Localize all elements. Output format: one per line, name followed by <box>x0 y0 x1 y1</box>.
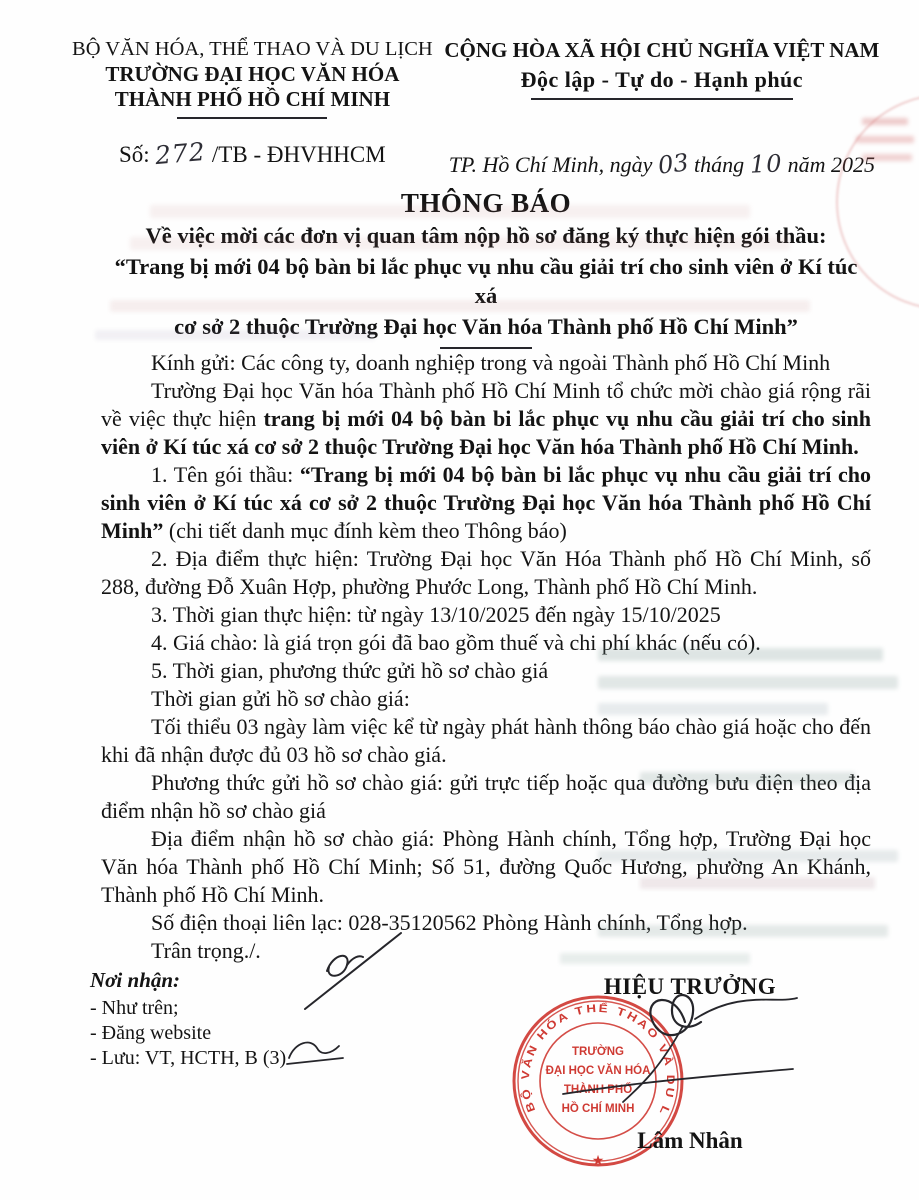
place-dateline: TP. Hồ Chí Minh, ngày 03 tháng 10 năm 20… <box>441 150 883 178</box>
document-number: Số: 272 /TB - ĐHVHHCM <box>64 139 441 178</box>
body-paragraph: 2. Địa điểm thực hiện: Trường Đại học Vă… <box>101 545 871 601</box>
dateline-part2: tháng <box>694 152 744 177</box>
body-paragraph: Số điện thoại liên lạc: 028-35120562 Phò… <box>101 909 871 937</box>
title-block: THÔNG BÁO Về việc mời các đơn vị quan tâ… <box>0 188 919 349</box>
document-body: Kính gửi: Các công ty, doanh nghiệp tron… <box>0 349 919 965</box>
text-segment: Tối thiểu 03 ngày làm việc kể từ ngày ph… <box>101 714 871 767</box>
body-paragraph: Địa điểm nhận hồ sơ chào giá: Phòng Hành… <box>101 825 871 909</box>
doc-number-handwritten: 272 <box>154 137 207 170</box>
issuing-org-block: BỘ VĂN HÓA, THỂ THAO VÀ DU LỊCH TRƯỜNG Đ… <box>64 38 441 119</box>
salutation: Kính gửi: Các công ty, doanh nghiệp tron… <box>101 349 871 377</box>
body-paragraph: Trường Đại học Văn hóa Thành phố Hồ Chí … <box>101 377 871 461</box>
ministry-name: BỘ VĂN HÓA, THỂ THAO VÀ DU LỊCH <box>64 38 441 61</box>
text-segment: 1. Tên gói thầu: <box>151 462 300 487</box>
signature-ink <box>535 962 835 1122</box>
subtitle-line: “Trang bị mới 04 bộ bàn bi lắc phục vụ n… <box>101 252 871 310</box>
document-page: BỘ VĂN HÓA, THỂ THAO VÀ DU LỊCH TRƯỜNG Đ… <box>0 0 919 1200</box>
body-paragraph: Phương thức gửi hồ sơ chào giá: gửi trực… <box>101 769 871 825</box>
text-segment: 2. Địa điểm thực hiện: Trường Đại học Vă… <box>101 546 871 599</box>
seal-star-icon: ★ <box>592 1154 605 1169</box>
body-paragraphs: Trường Đại học Văn hóa Thành phố Hồ Chí … <box>101 377 871 937</box>
document-title: THÔNG BÁO <box>101 188 871 219</box>
body-paragraph: Thời gian gửi hồ sơ chào giá: <box>101 685 871 713</box>
recipient-item: - Đăng website <box>90 1021 286 1046</box>
text-segment: Số điện thoại liên lạc: 028-35120562 Phò… <box>151 910 748 935</box>
ghost-text <box>862 118 908 125</box>
text-segment: Địa điểm nhận hồ sơ chào giá: Phòng Hành… <box>101 826 871 907</box>
handwritten-initial-icon <box>289 927 409 1017</box>
org-divider <box>177 117 327 119</box>
body-paragraph: 3. Thời gian thực hiện: từ ngày 13/10/20… <box>101 601 871 629</box>
text-segment: 3. Thời gian thực hiện: từ ngày 13/10/20… <box>151 602 721 627</box>
dateline-part1: TP. Hồ Chí Minh, ngày <box>449 152 653 177</box>
body-paragraph: 5. Thời gian, phương thức gửi hồ sơ chào… <box>101 657 871 685</box>
doc-number-label: Số: <box>119 142 150 167</box>
recipients-title: Nơi nhận: <box>90 968 286 993</box>
handwritten-initial-icon <box>281 1032 351 1072</box>
text-segment: (chi tiết danh mục đính kèm theo Thông b… <box>163 518 566 543</box>
national-motto-block: CỘNG HÒA XÃ HỘI CHỦ NGHĨA VIỆT NAM Độc l… <box>441 38 883 119</box>
university-name-line1: TRƯỜNG ĐẠI HỌC VĂN HÓA <box>64 62 441 87</box>
body-paragraph: Tối thiểu 03 ngày làm việc kể từ ngày ph… <box>101 713 871 769</box>
signer-name: Lâm Nhân <box>520 1128 860 1154</box>
subtitle-line: cơ sở 2 thuộc Trường Đại học Văn hóa Thà… <box>101 312 871 341</box>
text-segment: 4. Giá chào: là giá trọn gói đã bao gồm … <box>151 630 761 655</box>
dateline-part3: năm 2025 <box>788 152 875 177</box>
national-title: CỘNG HÒA XÃ HỘI CHỦ NGHĨA VIỆT NAM <box>441 38 883 63</box>
recipients-block: Nơi nhận: - Như trên; - Đăng website - L… <box>90 968 286 1071</box>
dateline-month-handwritten: 10 <box>749 149 783 178</box>
closing-line: Trân trọng./. <box>101 937 871 965</box>
document-header: BỘ VĂN HÓA, THỂ THAO VÀ DU LỊCH TRƯỜNG Đ… <box>0 0 919 119</box>
university-name-line2: THÀNH PHỐ HỒ CHÍ MINH <box>64 87 441 112</box>
body-paragraph: 4. Giá chào: là giá trọn gói đã bao gồm … <box>101 629 871 657</box>
recipient-item: - Như trên; <box>90 996 286 1021</box>
closing-text: Trân trọng./. <box>151 938 261 963</box>
text-segment: Phương thức gửi hồ sơ chào giá: gửi trực… <box>101 770 871 823</box>
national-motto: Độc lập - Tự do - Hạnh phúc <box>441 67 883 93</box>
doc-number-suffix: /TB - ĐHVHHCM <box>212 142 386 167</box>
recipient-item: - Lưu: VT, HCTH, B (3) <box>90 1046 286 1071</box>
subtitle-line: Về việc mời các đơn vị quan tâm nộp hồ s… <box>101 221 871 250</box>
text-segment: 5. Thời gian, phương thức gửi hồ sơ chào… <box>151 658 548 683</box>
body-paragraph: 1. Tên gói thầu: “Trang bị mới 04 bộ bàn… <box>101 461 871 545</box>
reference-row: Số: 272 /TB - ĐHVHHCM TP. Hồ Chí Minh, n… <box>0 139 919 178</box>
text-segment: Thời gian gửi hồ sơ chào giá: <box>151 686 410 711</box>
dateline-day-handwritten: 03 <box>656 148 690 180</box>
motto-divider <box>531 98 793 100</box>
